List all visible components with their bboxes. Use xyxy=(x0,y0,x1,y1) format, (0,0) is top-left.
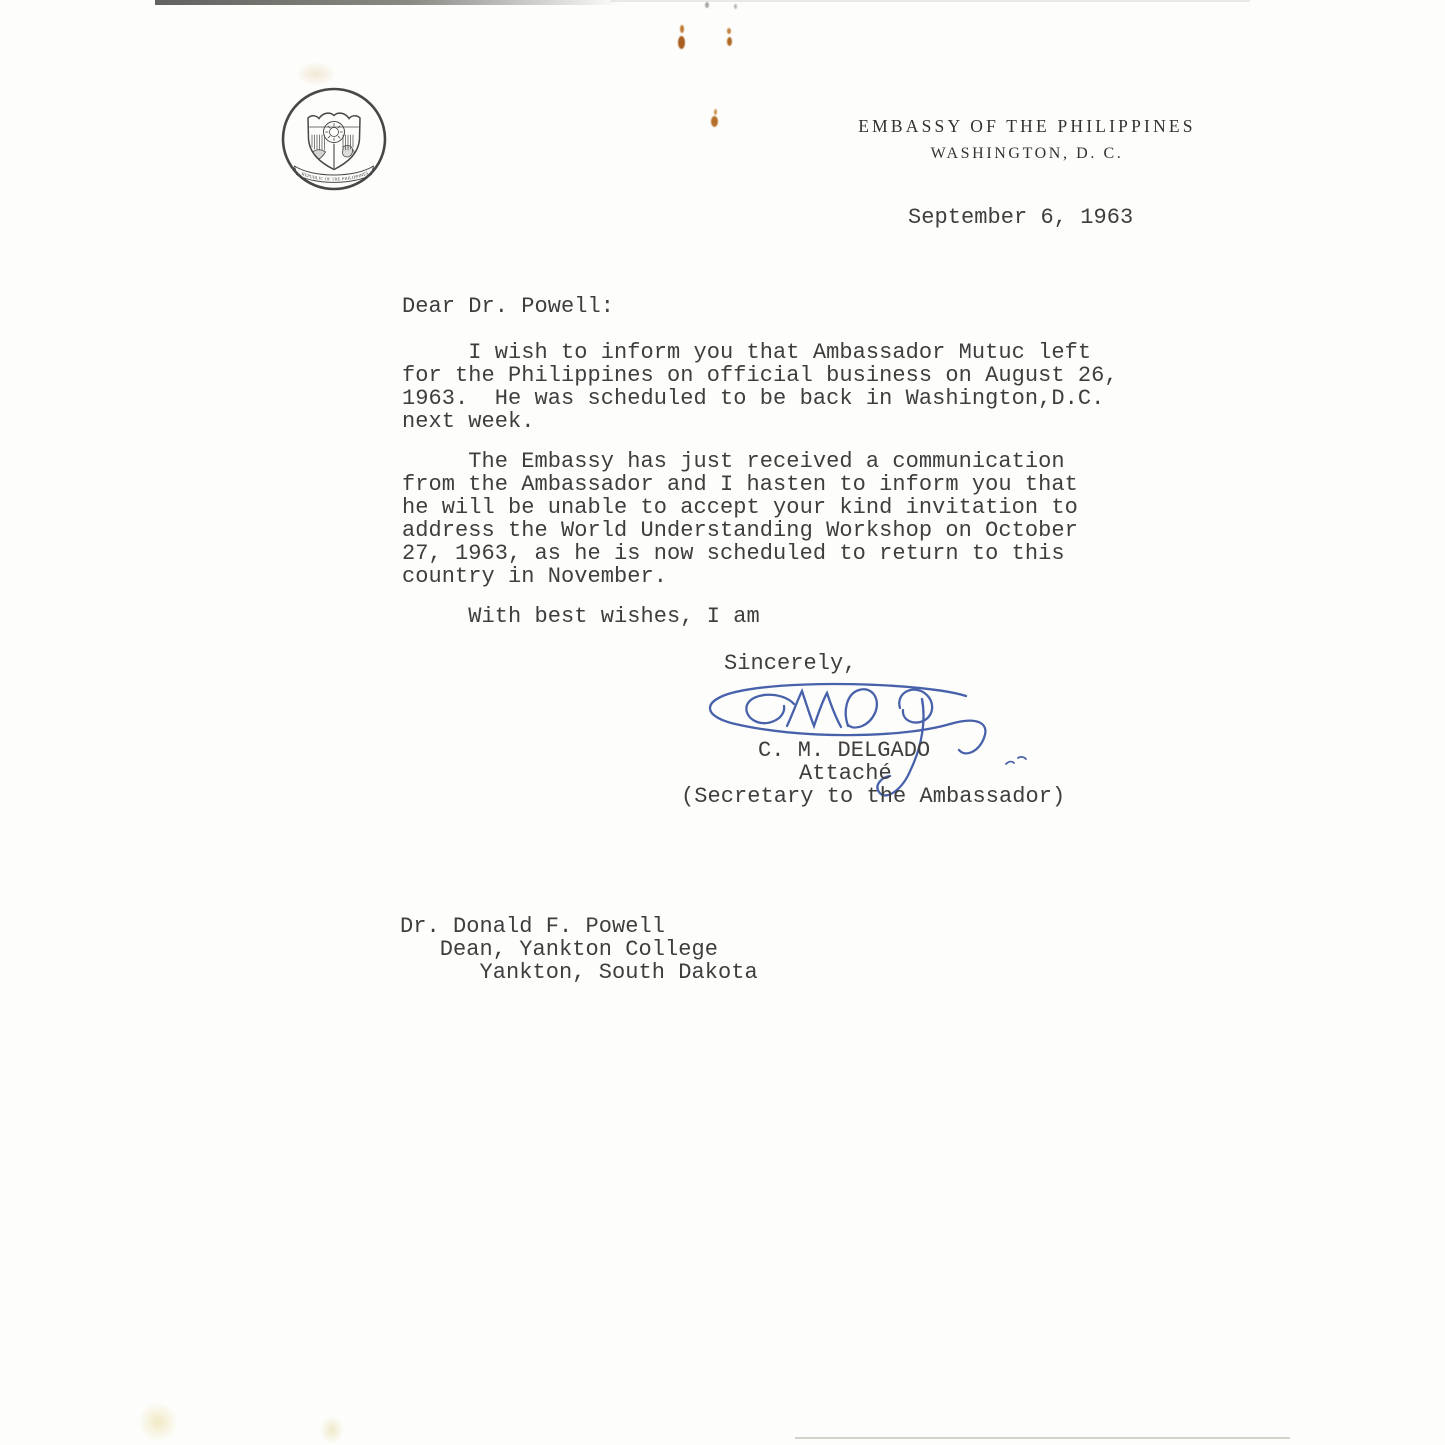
scanned-letter-page: REPUBLIC OF THE PHILIPPINES EMBASSY OF T… xyxy=(0,0,1445,1445)
paper-bottom-edge xyxy=(795,1437,1290,1439)
date-line: September 6, 1963 xyxy=(908,206,1133,229)
foxing-spot xyxy=(680,25,684,33)
foxing-spot xyxy=(711,116,718,127)
paragraph-2: The Embassy has just received a communic… xyxy=(402,450,1078,588)
letterhead-location: WASHINGTON, D. C. xyxy=(826,145,1228,163)
paper-top-edge xyxy=(155,0,620,5)
foxing-spot xyxy=(678,36,685,49)
paper-stain xyxy=(296,62,336,86)
paper-stain xyxy=(320,1416,344,1444)
paper-stain xyxy=(138,1402,178,1442)
recipient-address: Dr. Donald F. Powell Dean, Yankton Colle… xyxy=(400,915,758,984)
signer-name: C. M. DELGADO xyxy=(758,739,930,762)
paragraph-1: I wish to inform you that Ambassador Mut… xyxy=(402,341,1118,433)
closing-line: With best wishes, I am xyxy=(402,605,760,628)
foxing-spot xyxy=(714,109,717,115)
letterhead: EMBASSY OF THE PHILIPPINES WASHINGTON, D… xyxy=(826,116,1228,163)
signer-role: (Secretary to the Ambassador) xyxy=(681,785,1065,808)
salutation: Dear Dr. Powell: xyxy=(402,295,614,318)
philippines-embassy-seal-icon: REPUBLIC OF THE PHILIPPINES xyxy=(281,87,387,191)
paper-speck xyxy=(705,2,709,8)
paper-speck xyxy=(734,4,737,9)
foxing-spot xyxy=(727,37,732,46)
foxing-spot xyxy=(727,28,731,34)
letterhead-organization: EMBASSY OF THE PHILIPPINES xyxy=(826,116,1228,136)
signer-title: Attaché xyxy=(799,762,892,785)
